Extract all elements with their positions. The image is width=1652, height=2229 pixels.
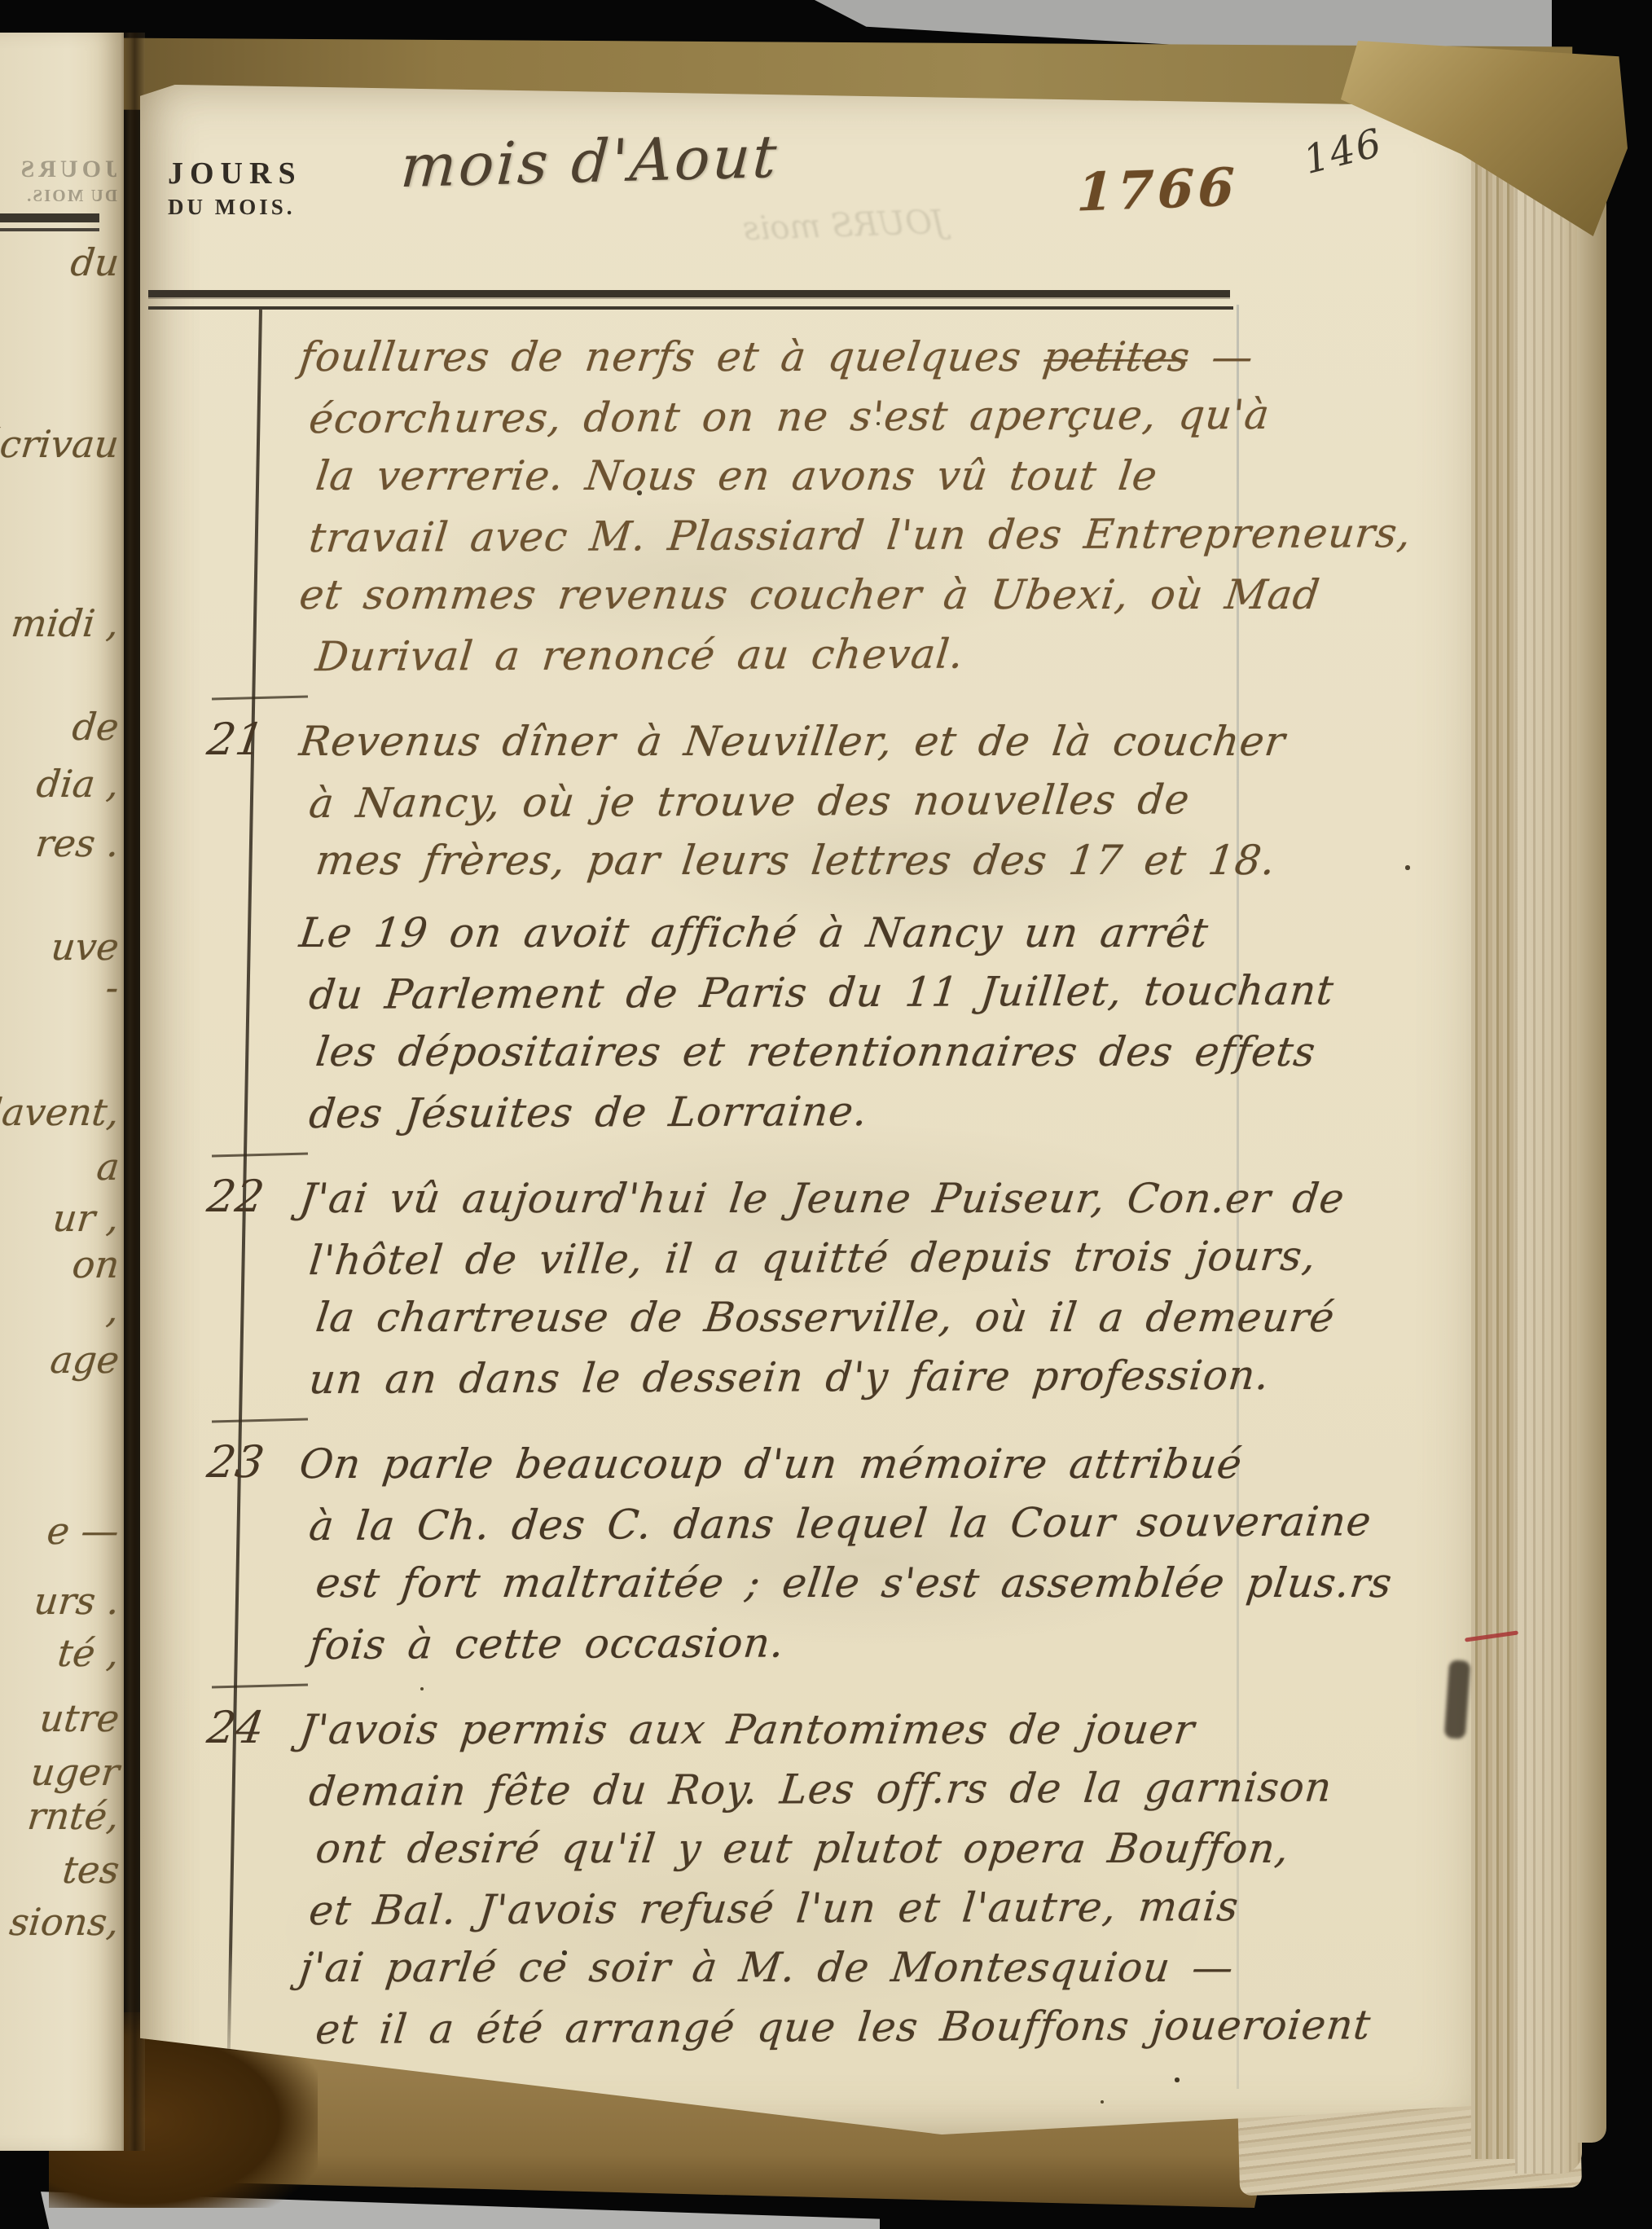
entry-day-number: 22 <box>204 1171 268 1222</box>
entry-line: l'hôtel de ville, il a quitté depuis tro… <box>306 1226 1463 1290</box>
entry-divider-tick <box>212 695 308 700</box>
previous-page-fragment: sions, <box>7 1900 121 1944</box>
scanned-manuscript: { "palette": { "scan_background": "#0606… <box>0 0 1652 2229</box>
entry-line: la chartreuse de Bosserville, où il a de… <box>313 1288 1464 1348</box>
entry-line: à Nancy, où je trouve des nouvelles de <box>306 769 1463 833</box>
entry-line: et il a été arrangé que les Bouffons jou… <box>313 1995 1463 2060</box>
previous-page-fragment: , <box>105 1287 121 1331</box>
previous-page-fragment: e — <box>45 1509 121 1553</box>
fore-edge-outer <box>1515 104 1582 2174</box>
entry-line: j'ai parlé ce soir à M. de Montesquiou — <box>297 1938 1464 1998</box>
entry-line: ont desiré qu'il y eut plutot opera Bouf… <box>313 1819 1464 1879</box>
entry-line: mes frères, par leurs lettres des 17 et … <box>313 831 1464 890</box>
entry-margin-cell: 22 <box>140 1169 285 1407</box>
previous-page-fragment: - <box>104 965 121 1009</box>
entry-text: foullures de nerfs et à quelques p̶e̶t̶i… <box>285 328 1460 684</box>
entry-margin-cell: 23 <box>140 1435 285 1673</box>
journal-entry-row: foullures de nerfs et à quelques p̶e̶t̶i… <box>140 328 1460 684</box>
bleedthrough-header-ghost: JOURS mois <box>742 204 946 248</box>
entry-line: J'ai vû aujourd'hui le Jeune Puiseur, Co… <box>297 1169 1464 1229</box>
previous-page-fragment: midi , <box>9 601 121 645</box>
entry-line: travail avec M. Plassiard l'un des Entre… <box>306 503 1463 568</box>
journal-entry-row: 22 J'ai vû aujourd'hui le Jeune Puiseur,… <box>140 1169 1460 1407</box>
entry-text: Le 19 on avoit affiché à Nancy un arrêtd… <box>285 903 1460 1141</box>
printed-days-label-line1: JOURS <box>168 155 302 194</box>
entry-day-number: 23 <box>204 1436 268 1488</box>
journal-entries: foullures de nerfs et à quelques p̶e̶t̶i… <box>140 314 1460 2057</box>
entry-line: Revenus dîner à Neuviller, et de là couc… <box>297 712 1464 772</box>
journal-entry-row: 24 J'avois permis aux Pantomimes de joue… <box>140 1700 1460 2057</box>
entry-margin-cell: 21 <box>140 712 285 890</box>
fore-edge-inner <box>1471 114 1517 2159</box>
header-rule-thick <box>148 290 1230 297</box>
bleedthrough-print-line2: DU MOIS. <box>3 185 117 207</box>
manuscript-page: JOURS DU MOIS. JOURS mois mois d'Aout 17… <box>140 85 1476 2134</box>
entry-line: Durival a renoncé au cheval. <box>313 622 1463 687</box>
previous-page-sliver: JOURS DU MOIS. duécrivaumidi ,dedia ,res… <box>0 33 124 2151</box>
entry-line: fois à cette occasion. <box>306 1611 1463 1675</box>
month-title-script: mois d'Aout <box>399 122 781 200</box>
entry-divider-tick <box>212 1152 308 1157</box>
entry-line: écorchures, dont on ne s'est aperçue, qu… <box>306 385 1463 449</box>
entry-margin-cell: 24 <box>140 1700 285 2057</box>
entry-line: et sommes revenus coucher à Ubexi, où Ma… <box>297 565 1464 625</box>
entry-line: des Jésuites de Lorraine. <box>306 1079 1463 1144</box>
entry-divider-tick <box>212 1418 308 1422</box>
entry-day-number: 21 <box>204 714 268 765</box>
previous-page-fragment: uger <box>29 1750 121 1794</box>
entry-line: un an dans le dessein d'y faire professi… <box>306 1345 1463 1409</box>
entry-line: les dépositaires et retentionnaires des … <box>313 1022 1464 1082</box>
previous-page-fragment: dia , <box>34 762 121 806</box>
fore-edge-ragged <box>1577 122 1606 2143</box>
previous-page-fragment: écrivau <box>0 422 121 466</box>
previous-page-fragment: de <box>70 705 121 749</box>
printed-days-label: JOURS DU MOIS. <box>168 155 302 221</box>
previous-page-fragment: age <box>48 1338 121 1382</box>
entry-line: demain fête du Roy. Les off.rs de la gar… <box>306 1757 1463 1822</box>
header-rule-thin <box>148 306 1233 310</box>
previous-page-fragment: on <box>70 1242 121 1286</box>
journal-entry-row: 23 On parle beaucoup d'un mémoire attrib… <box>140 1435 1460 1673</box>
entry-line: Le 19 on avoit affiché à Nancy un arrêt <box>297 903 1464 963</box>
previous-page-fragment: ur , <box>51 1196 121 1240</box>
bleedthrough-print: JOURS DU MOIS. <box>3 153 117 207</box>
previous-page-fragment: urs . <box>32 1579 121 1623</box>
year-script: 1766 <box>1076 156 1240 223</box>
entry-text: J'avois permis aux Pantomimes de jouerde… <box>285 1700 1460 2057</box>
entry-day-number: 24 <box>204 1702 268 1753</box>
entry-line: à la Ch. des C. dans lequel la Cour souv… <box>306 1492 1463 1556</box>
entry-line: On parle beaucoup d'un mémoire attribué <box>297 1435 1464 1494</box>
previous-page-fragment: lavent, <box>0 1090 121 1134</box>
previous-page-fragment: tes <box>60 1848 121 1892</box>
entry-margin-cell <box>140 903 285 1141</box>
entry-margin-cell <box>140 328 285 684</box>
journal-entry-row: 21 Revenus dîner à Neuviller, et de là c… <box>140 712 1460 890</box>
previous-page-fragment: uve <box>49 925 121 969</box>
previous-page-fragment: res . <box>33 821 121 865</box>
bleedthrough-print-line1: JOURS <box>3 153 117 185</box>
journal-entry-row: Le 19 on avoit affiché à Nancy un arrêtd… <box>140 903 1460 1141</box>
page-number: 146 <box>1299 120 1387 183</box>
entry-line: foullures de nerfs et à quelques p̶e̶t̶i… <box>297 328 1464 387</box>
entry-line: du Parlement de Paris du 11 Juillet, tou… <box>306 961 1463 1025</box>
entry-divider-tick <box>212 1683 308 1688</box>
entry-line: J'avois permis aux Pantomimes de jouer <box>297 1700 1464 1760</box>
previous-page-rule-thin <box>0 228 99 231</box>
entry-line: et Bal. J'avois refusé l'un et l'autre, … <box>306 1876 1463 1941</box>
previous-page-fragment: du <box>68 240 121 284</box>
entry-line: est fort maltraitée ; elle s'est assembl… <box>313 1554 1464 1613</box>
previous-page-fragment: utre <box>37 1696 121 1740</box>
previous-page-rule <box>0 213 99 222</box>
printed-days-label-line2: DU MOIS. <box>168 194 302 222</box>
entry-text: Revenus dîner à Neuviller, et de là couc… <box>285 712 1460 890</box>
previous-page-fragment: té , <box>55 1631 121 1675</box>
entry-text: On parle beaucoup d'un mémoire attribuéà… <box>285 1435 1460 1673</box>
entry-text: J'ai vû aujourd'hui le Jeune Puiseur, Co… <box>285 1169 1460 1407</box>
previous-page-fragment: a <box>94 1145 121 1189</box>
entry-line: la verrerie. Nous en avons vû tout le <box>313 446 1464 506</box>
previous-page-fragment: rnté, <box>25 1794 121 1838</box>
